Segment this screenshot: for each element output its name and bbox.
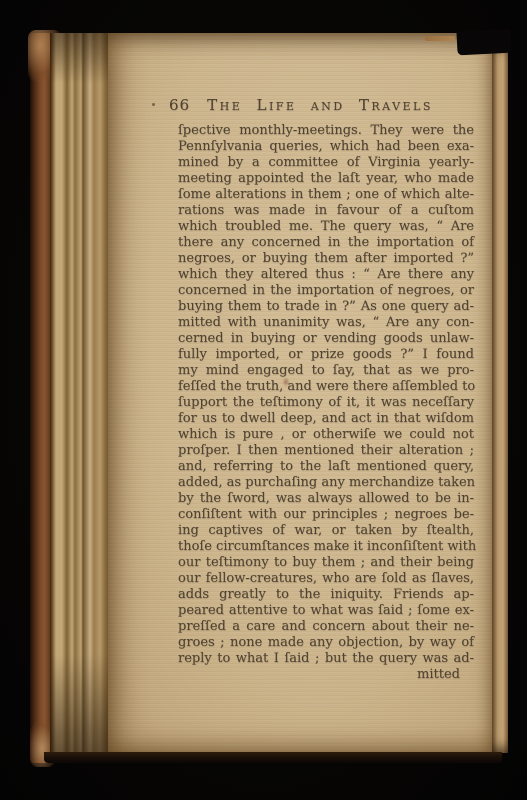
text-line: meeting appointed the laſt year, who mad… bbox=[178, 171, 474, 187]
page-header: 66 The Life and Travels bbox=[169, 97, 474, 113]
text-line: concerned in the importation of negroes,… bbox=[178, 283, 474, 299]
text-line: proſper. I then mentioned their alterati… bbox=[178, 443, 474, 459]
text-block: 66 The Life and Travels ſpective monthly… bbox=[178, 97, 474, 683]
text-line: there any concerned in the importation o… bbox=[178, 235, 474, 251]
text-line: adds greatly to the iniquity. Friends ap… bbox=[178, 587, 474, 603]
catchword: mitted bbox=[178, 667, 474, 683]
shadow-overlay bbox=[456, 29, 511, 56]
text-line: ſpective monthly-meetings. They were the bbox=[178, 123, 474, 139]
text-line: for us to dwell deep, and act in that wi… bbox=[178, 411, 474, 427]
book-page: 66 The Life and Travels ſpective monthly… bbox=[108, 33, 492, 753]
text-line: our fellow-creatures, who are ſold as ſl… bbox=[178, 571, 474, 587]
text-line: rations was made in favour of a cuſtom bbox=[178, 203, 474, 219]
text-line: by the ſword, was always allowed to be i… bbox=[178, 491, 474, 507]
text-line: cerned in buying or vending goods unlaw- bbox=[178, 331, 474, 347]
right-page-edge bbox=[492, 41, 508, 753]
text-line: my mind engaged to ſay, that as we pro- bbox=[178, 363, 474, 379]
book-bottom-edge bbox=[44, 752, 502, 763]
text-line: conſiſtent with our principles ; negroes… bbox=[178, 507, 474, 523]
running-title: The Life and Travels bbox=[207, 97, 433, 113]
text-line: peared attentive to what was ſaid ; ſome… bbox=[178, 603, 474, 619]
text-line: groes ; none made any objection, by way … bbox=[178, 635, 474, 651]
page-corner-sliver bbox=[425, 36, 455, 41]
text-line: reply to what I ſaid ; but the query was… bbox=[178, 651, 474, 667]
text-line: Pennſylvania queries, which had been exa… bbox=[178, 139, 474, 155]
text-line: feſſed the truth, and were there aſſembl… bbox=[178, 379, 474, 395]
body-text: ſpective monthly-meetings. They were the… bbox=[178, 123, 474, 667]
page-number: 66 bbox=[169, 97, 190, 113]
text-line: preſſed a care and concern about their n… bbox=[178, 619, 474, 635]
text-line: added, as purchaſing any merchandize tak… bbox=[178, 475, 474, 491]
text-line: ſupport the teſtimony of it, it was nece… bbox=[178, 395, 474, 411]
book-spine bbox=[30, 33, 50, 763]
text-line: ſome alterations in them ; one of which … bbox=[178, 187, 474, 203]
text-line: which they altered thus : “ Are there an… bbox=[178, 267, 474, 283]
text-line: mitted with unanimity was, “ Are any con… bbox=[178, 315, 474, 331]
text-line: our teſtimony to buy them ; and their be… bbox=[178, 555, 474, 571]
text-line: buying them to trade in ?” As one query … bbox=[178, 299, 474, 315]
text-line: which is pure , or otherwiſe we could no… bbox=[178, 427, 474, 443]
page-edge-shade bbox=[50, 33, 108, 755]
text-line: and, referring to the laſt mentioned que… bbox=[178, 459, 474, 475]
text-line: mined by a committee of Virginia yearly- bbox=[178, 155, 474, 171]
scan-background: 66 The Life and Travels ſpective monthly… bbox=[0, 0, 527, 800]
text-line: which troubled me. The query was, “ Are bbox=[178, 219, 474, 235]
book: 66 The Life and Travels ſpective monthly… bbox=[30, 33, 508, 763]
ink-speck bbox=[152, 103, 155, 106]
text-line: ing captives of war, or taken by ſtealth… bbox=[178, 523, 474, 539]
text-line: thoſe circumſtances make it inconſiſtent… bbox=[178, 539, 474, 555]
text-line: fully imported, or prize goods ?” I foun… bbox=[178, 347, 474, 363]
text-line: negroes, or buying them after imported ?… bbox=[178, 251, 474, 267]
